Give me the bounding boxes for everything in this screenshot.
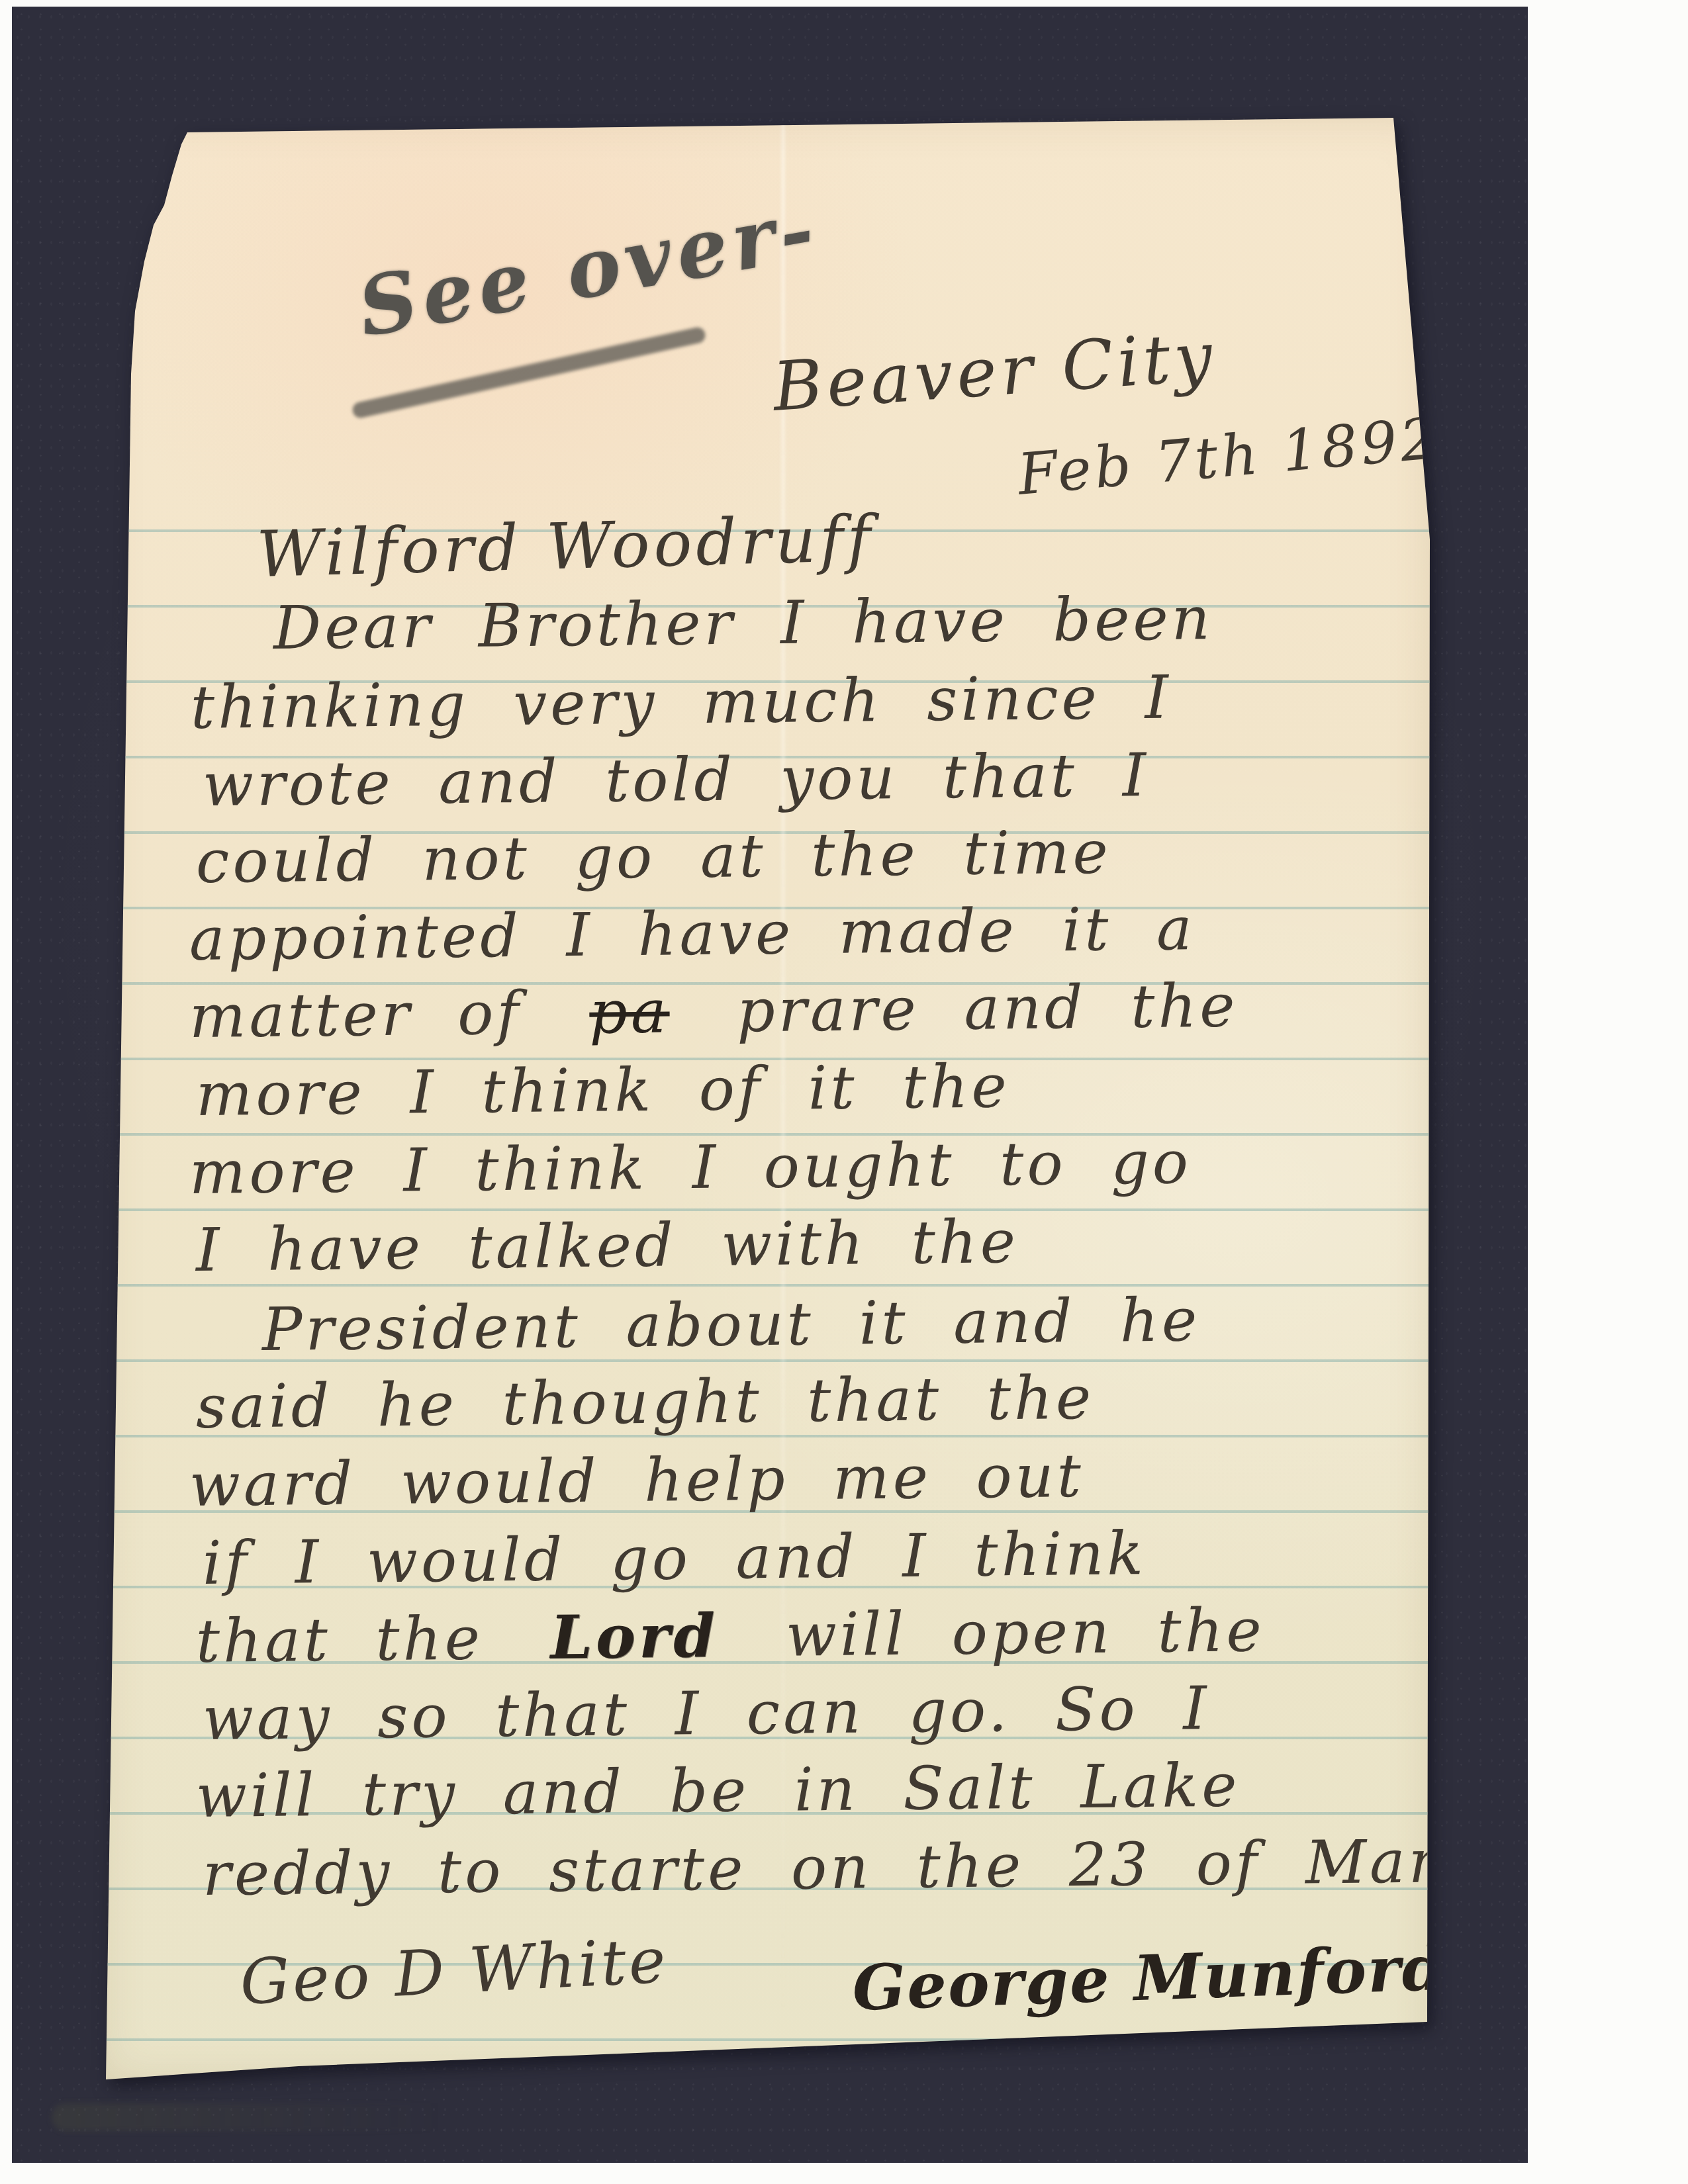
letter-line-10: President about it and he — [262, 1291, 1201, 1360]
letter-line-9: I have talked with the — [196, 1212, 1019, 1281]
letter-line-17: reddy to starte on the 23 of March — [203, 1831, 1519, 1905]
letter-line-12: ward would help me out — [189, 1447, 1085, 1516]
letter-line-16: will try and be in Salt Lake — [196, 1756, 1241, 1827]
letter-line-3: wrote and told you that I — [203, 746, 1150, 815]
letter-line-14: that the Lord will open the — [196, 1600, 1266, 1672]
line6-post: prare and the — [737, 971, 1239, 1046]
letter-line-6: matter of pa prare and the — [189, 976, 1239, 1047]
line14-lord-word: Lord — [550, 1601, 719, 1673]
letter-line-5: appointed I have made it a — [189, 899, 1196, 970]
letter-line-1: Dear Brother I have been — [273, 589, 1214, 659]
letter-line-15: way so that I can go. So I — [203, 1679, 1211, 1749]
paper-shadow: See over- Beaver City Feb 7th 1892 Wilfo… — [12, 7, 1528, 2163]
letter-paper: See over- Beaver City Feb 7th 1892 Wilfo… — [98, 113, 1435, 2085]
scanned-letter-page: See over- Beaver City Feb 7th 1892 Wilfo… — [0, 0, 1688, 2184]
line6-pre: matter of — [189, 979, 522, 1052]
see-over-note: See over- — [352, 188, 824, 348]
letter-line-11: said he thought that the — [196, 1369, 1095, 1437]
backing-mat: See over- Beaver City Feb 7th 1892 Wilfo… — [12, 7, 1528, 2163]
letter-line-13: if I would go and I think — [203, 1524, 1147, 1594]
letter-line-4: could not go at the time — [196, 823, 1112, 892]
letter-line-8: more I think I ought to go — [189, 1133, 1192, 1203]
letter-line-7: more I think of it the — [196, 1057, 1011, 1125]
line14-pre: that the — [195, 1604, 483, 1676]
letter-line-2: thinking very much since I — [191, 668, 1172, 738]
place-line: Beaver City — [771, 323, 1218, 422]
line6-struck-word: pa — [589, 977, 670, 1047]
recipient-line: Wilford Woodruff — [256, 507, 876, 586]
line14-post: will open the — [785, 1596, 1265, 1670]
